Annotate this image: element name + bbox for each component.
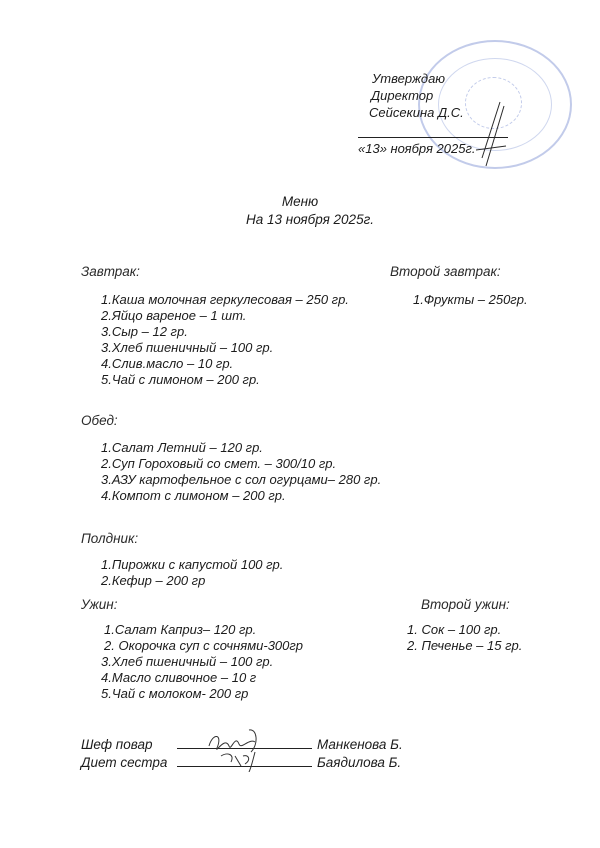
- list-item: 2.Суп Гороховый со смет. – 300/10 гр.: [101, 456, 381, 472]
- page-subtitle: На 13 ноября 2025г.: [10, 212, 600, 227]
- dinner-list: 1.Салат Каприз– 120 гр. 2. Окорочка суп …: [101, 622, 303, 702]
- signature-role: Шеф повар: [81, 736, 177, 754]
- signature-name: Баядилова Б.: [317, 755, 401, 770]
- list-item: 2. Окорочка суп с сочнями-300гр: [101, 638, 303, 654]
- signature-role: Диет сестра: [81, 754, 177, 772]
- second-breakfast-heading: Второй завтрак:: [390, 264, 501, 279]
- approval-block: Утверждаю Директор Сейсекина Д.С. «13» н…: [358, 70, 508, 157]
- list-item: 5.Чай с лимоном – 200 гр.: [101, 372, 349, 388]
- list-item: 4.Компот с лимоном – 200 гр.: [101, 488, 381, 504]
- list-item: 3.Хлеб пшеничный – 100 гр.: [101, 340, 349, 356]
- signature-name: Манкенова Б.: [317, 737, 403, 752]
- page-title: Меню: [0, 194, 600, 209]
- list-item: 1.Салат Каприз– 120 гр.: [101, 622, 303, 638]
- chef-signature-icon: [205, 726, 275, 772]
- approval-signature-line: [358, 121, 508, 138]
- list-item: 3.АЗУ картофельное с сол огурцами– 280 г…: [101, 472, 381, 488]
- list-item: 5.Чай с молоком- 200 гр: [101, 686, 303, 702]
- list-item: 4.Масло сливочное – 10 г: [101, 670, 303, 686]
- list-item: 2. Печенье – 15 гр.: [407, 638, 522, 654]
- list-item: 1.Каша молочная геркулесовая – 250 гр.: [101, 292, 349, 308]
- list-item: 3.Сыр – 12 гр.: [101, 324, 349, 340]
- lunch-heading: Обед:: [81, 413, 118, 428]
- list-item: 3.Хлеб пшеничный – 100 гр.: [101, 654, 303, 670]
- lunch-list: 1.Салат Летний – 120 гр. 2.Суп Гороховый…: [101, 440, 381, 504]
- breakfast-heading: Завтрак:: [81, 264, 140, 279]
- approval-line-1: Утверждаю: [358, 70, 508, 87]
- breakfast-list: 1.Каша молочная геркулесовая – 250 гр. 2…: [101, 292, 349, 388]
- list-item: 1. Сок – 100 гр.: [407, 622, 522, 638]
- list-item: 1.Пирожки с капустой 100 гр.: [101, 557, 283, 573]
- list-item: 1.Фрукты – 250гр.: [413, 292, 528, 308]
- list-item: 4.Слив.масло – 10 гр.: [101, 356, 349, 372]
- second-dinner-list: 1. Сок – 100 гр. 2. Печенье – 15 гр.: [407, 622, 522, 654]
- list-item: 2.Яйцо вареное – 1 шт.: [101, 308, 349, 324]
- second-dinner-heading: Второй ужин:: [421, 597, 510, 612]
- list-item: 2.Кефир – 200 гр: [101, 573, 283, 589]
- dinner-heading: Ужин:: [81, 597, 117, 612]
- approval-line-2: Директор: [358, 87, 508, 104]
- approval-date: «13» ноября 2025г.: [358, 140, 508, 157]
- snack-list: 1.Пирожки с капустой 100 гр. 2.Кефир – 2…: [101, 557, 283, 589]
- list-item: 1.Салат Летний – 120 гр.: [101, 440, 381, 456]
- approval-line-3: Сейсекина Д.С.: [358, 104, 508, 121]
- snack-heading: Полдник:: [81, 531, 138, 546]
- second-breakfast-list: 1.Фрукты – 250гр.: [413, 292, 528, 308]
